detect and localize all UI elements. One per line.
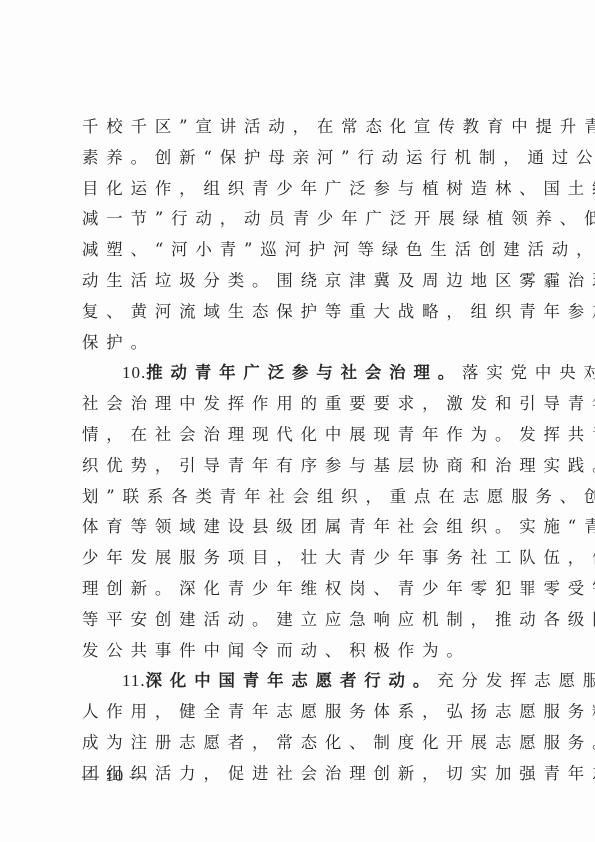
text-line: 理创新。深化青少年维权岗、青少年零犯罪零受害社区（村） [82,574,524,605]
text-line: 划”联系各类青年社会组织，重点在志愿服务、创业就业、文艺 [82,482,524,513]
section-heading-line: 10.推动青年广泛参与社会治理。落实党中央对群团组织在 [82,358,524,389]
paragraph-continued: 千校千区”宣讲活动，在常态化宣传教育中提升青少年生态文明 素养。创新“保护母亲河… [82,112,524,358]
text-line: 发公共事件中闻令而动、积极作为。 [82,636,524,667]
paragraph-10: 10.推动青年广泛参与社会治理。落实党中央对群团组织在 社会治理中发挥作用的重要… [82,358,524,666]
text-line: 等平安创建活动。建立应急响应机制，推动各级团组织在重大突 [82,605,524,636]
text-line: 团组织活力，促进社会治理创新，切实加强青年志愿服务组织体 [82,759,524,790]
text-line: 动生活垃圾分类。围绕京津冀及周边地区雾霾治理、长江保护修 [82,266,524,297]
text-line: 人作用，健全青年志愿服务体系，弘扬志愿服务精神，推动团员 [82,697,524,728]
text-line: 少年发展服务项目，壮大青少年事务社工队伍，促进市域社会治 [82,543,524,574]
text-line: 复、黄河流域生态保护等重大战略，组织青年参加生态环境协同 [82,297,524,328]
text-run: 落实党中央对群团组织在 [462,363,595,382]
section-heading-line: 11.深化中国青年志愿者行动。充分发挥志愿服务的实践育 [82,666,524,697]
section-heading: 推动青年广泛参与社会治理。 [146,363,462,382]
text-line: 织优势，引导青年有序参与基层协商和治理实践。通过“伙伴计 [82,451,524,482]
text-run: 充分发挥志愿服务的实践育 [437,671,595,690]
section-number: 10. [122,363,146,382]
paragraph-11: 11.深化中国青年志愿者行动。充分发挥志愿服务的实践育 人作用，健全青年志愿服务… [82,666,524,789]
text-line: 成为注册志愿者，常态化、制度化开展志愿服务。着眼激发基层 [82,728,524,759]
text-line: 社会治理中发挥作用的重要要求，激发和引导青年的社会参与热 [82,389,524,420]
document-page: 千校千区”宣讲活动，在常态化宣传教育中提升青少年生态文明 素养。创新“保护母亲河… [0,0,595,842]
text-line: 情，在社会治理现代化中展现青年作为。发挥共青团、青联的组 [82,420,524,451]
section-number: 11. [122,671,146,690]
text-line: 体育等领域建设县级团属青年社会组织。实施“青春社区”青 [82,512,524,543]
body-text: 千校千区”宣讲活动，在常态化宣传教育中提升青少年生态文明 素养。创新“保护母亲河… [82,112,524,790]
text-line: 千校千区”宣讲活动，在常态化宣传教育中提升青少年生态文明 [82,112,524,143]
section-heading: 深化中国青年志愿者行动。 [146,671,438,690]
text-line: 保护。 [82,328,524,359]
page-number: — 10 — [82,766,148,786]
text-line: 素养。创新“保护母亲河”行动运行机制，通过公益众筹和项 [82,143,524,174]
text-line: 减塑、“河小青”巡河护河等绿色生活创建活动，积极参与和推 [82,235,524,266]
text-line: 减一节”行动，动员青少年广泛开展绿植领养、低碳出行、青春 [82,204,524,235]
text-line: 目化运作，组织青少年广泛参与植树造林、国土绿化。推广“三 [82,174,524,205]
